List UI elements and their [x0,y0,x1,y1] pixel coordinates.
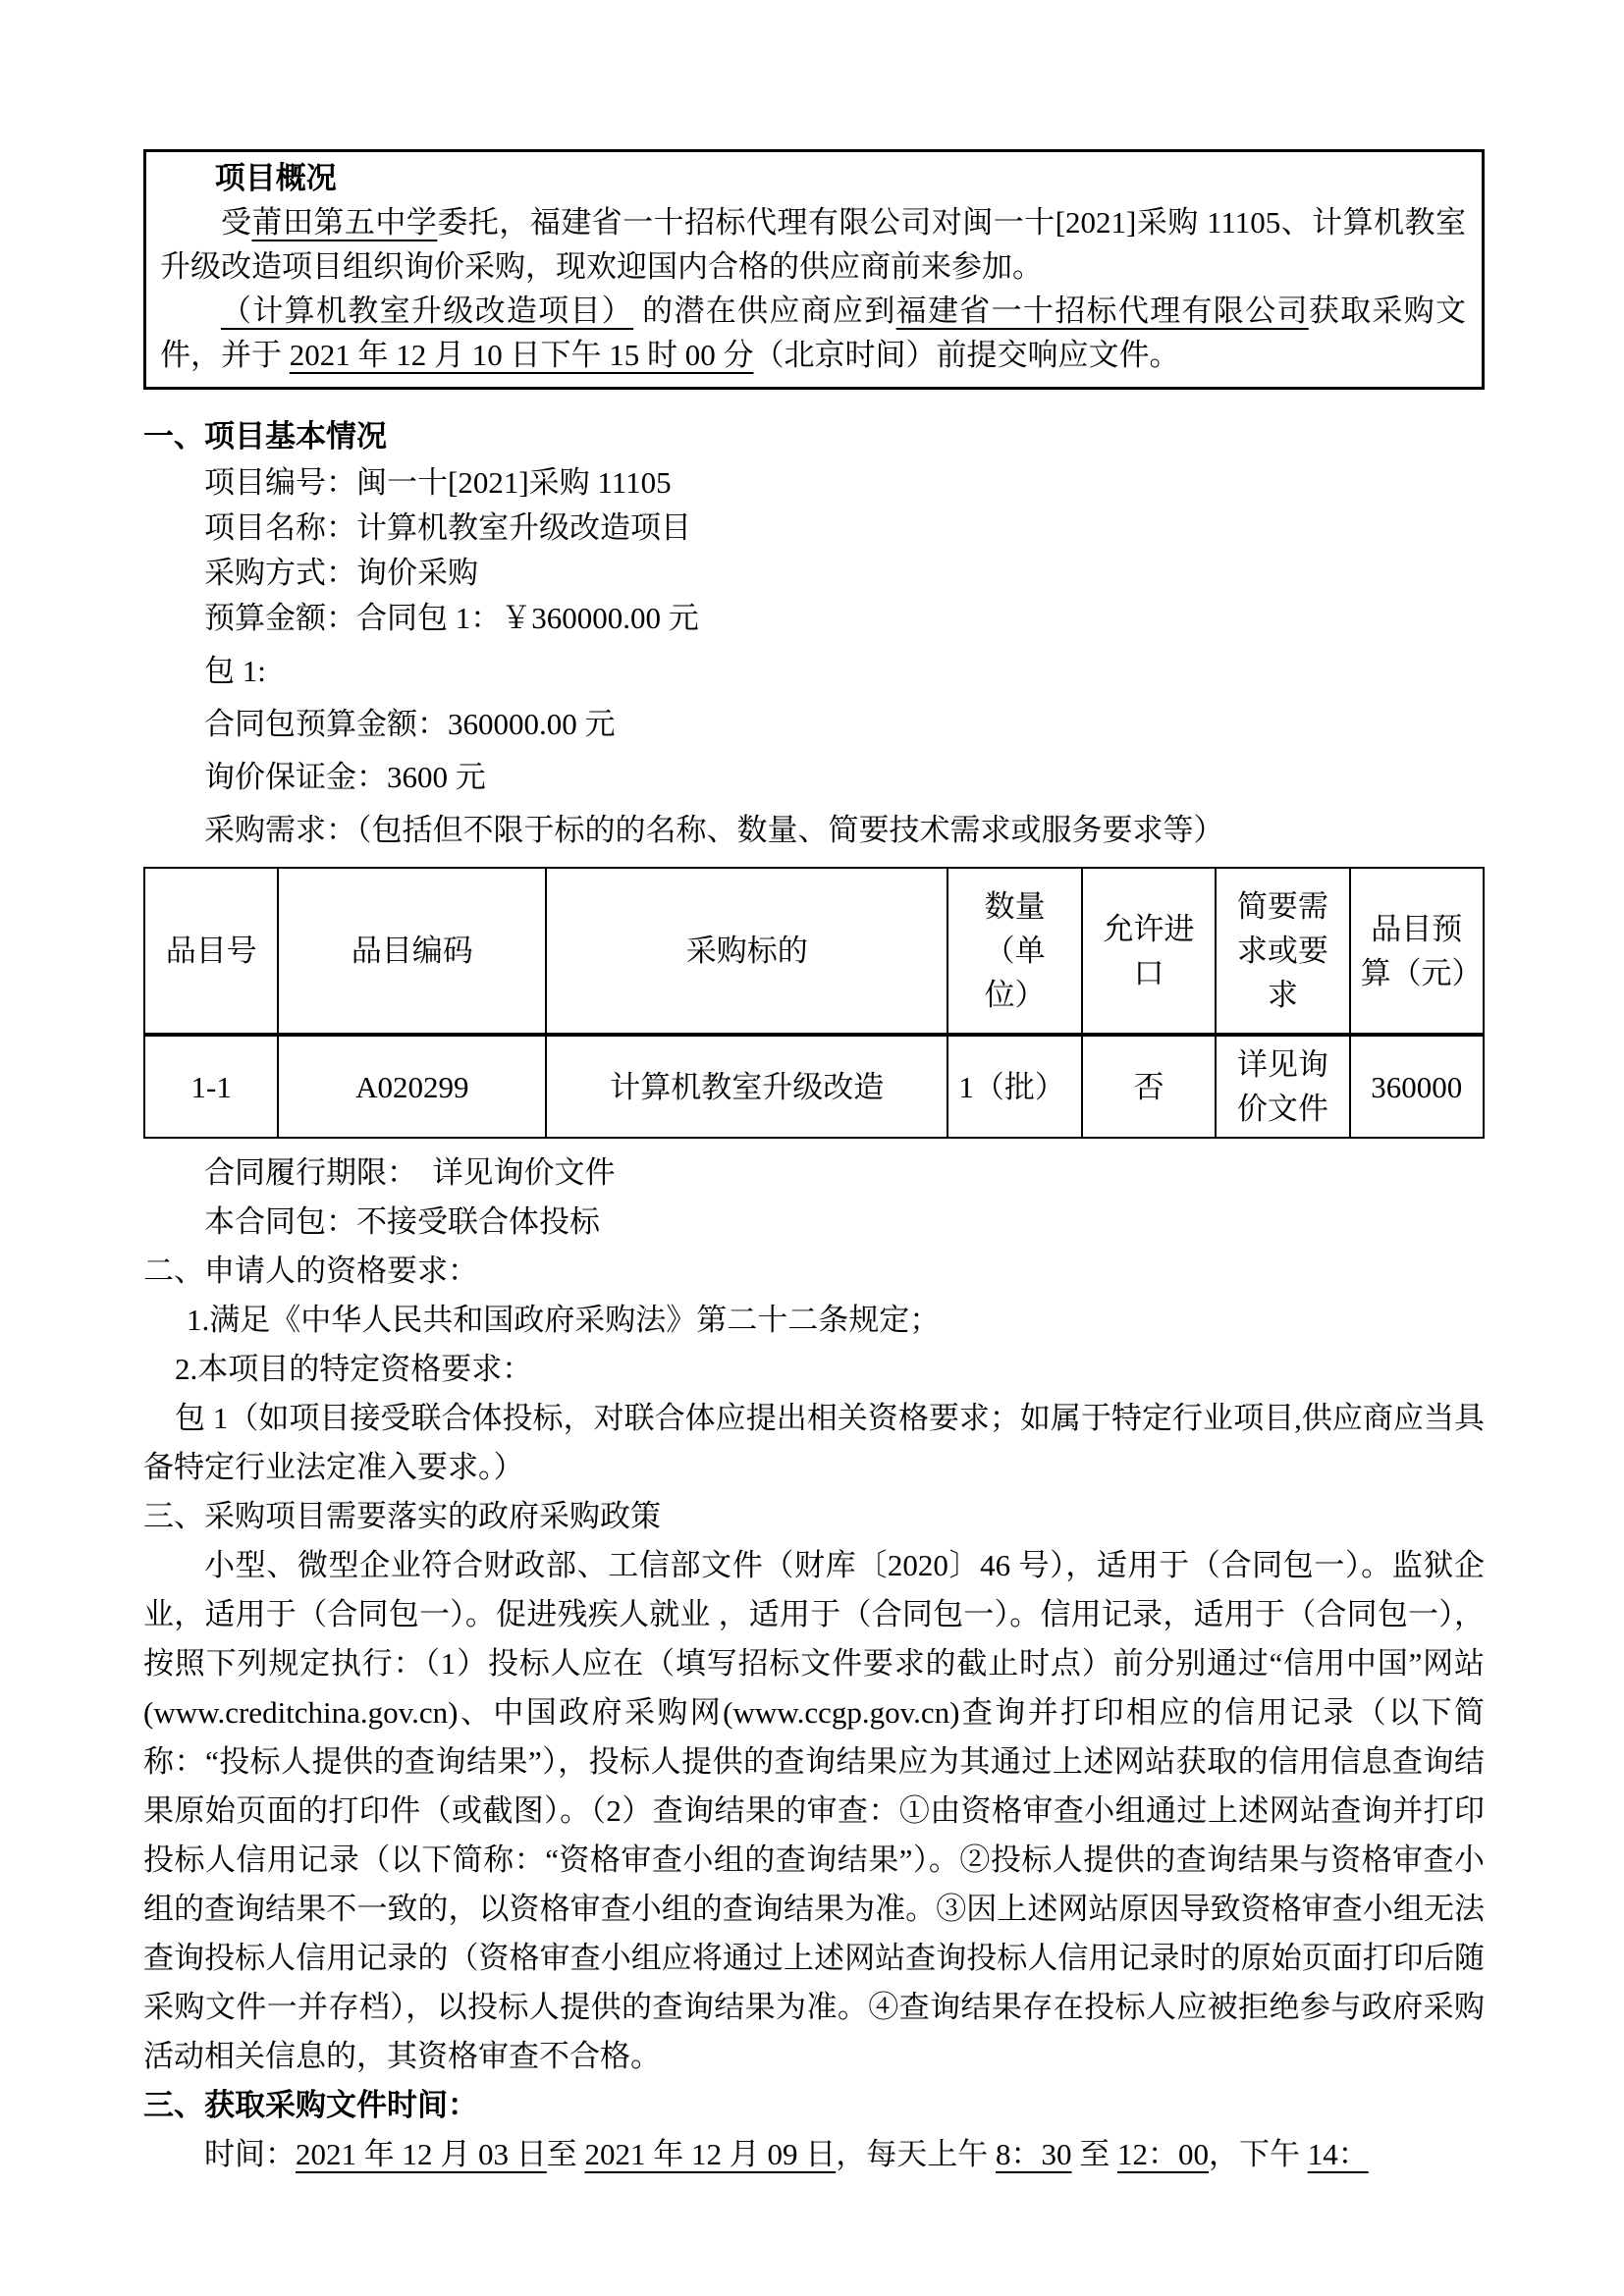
table-header-cell: 允许进 口 [1082,868,1216,1035]
underlined-text: 8：30 [996,2137,1072,2171]
table-header-cell: 采购标的 [546,868,947,1035]
table-body: 1-1A020299计算机教室升级改造1（批）否详见询 价文件360000 [144,1035,1484,1138]
table-cell: 1（批） [947,1035,1081,1138]
qualification-item-3: 包 1（如项目接受联合体投标，对联合体应提出相关资格要求；如属于特定行业项目,供… [143,1394,1485,1492]
qualification-item-2: 2.本项目的特定资格要求： [175,1345,1485,1394]
section-policy-heading: 三、采购项目需要落实的政府采购政策 [143,1492,1485,1541]
table-header-row: 品目号品目编码采购标的数量（单 位）允许进 口简要需 求或要 求品目预 算（元） [144,868,1484,1035]
info-line: 项目名称：计算机教室升级改造项目 [204,506,1485,551]
info-line: 采购需求：（包括但不限于标的的名称、数量、简要技术需求或服务要求等） [204,808,1485,853]
underlined-text: 12：00 [1117,2137,1209,2171]
table-cell: A020299 [278,1035,546,1138]
underlined-text: 福建省一十招标代理有限公司 [896,294,1309,328]
text-run: （北京时间）前提交响应文件。 [754,338,1180,372]
section-obtain-docs-heading: 三、获取采购文件时间： [143,2081,1485,2130]
text-run: 时间： [204,2137,296,2171]
joint-bid-line: 本合同包：不接受联合体投标 [204,1198,1485,1247]
text-run: ，每天上午 [836,2137,996,2171]
info-line: 询价保证金：3600 元 [204,755,1485,800]
table-header-cell: 品目号 [144,868,278,1035]
table-header-cell: 简要需 求或要 求 [1216,868,1349,1035]
overview-paragraph-2: （计算机教室升级改造项目） 的潜在供应商应到福建省一十招标代理有限公司获取采购文… [160,289,1466,377]
table-cell: 1-1 [144,1035,278,1138]
table-header-cell: 品目预 算（元） [1350,868,1484,1035]
info-line: 合同包预算金额：360000.00 元 [204,702,1485,747]
text-run: ，下午 [1209,2137,1308,2171]
overview-title: 项目概况 [160,156,1466,200]
project-overview-box: 项目概况 受莆田第五中学委托，福建省一十招标代理有限公司对闽一十[2021]采购… [143,149,1485,390]
table-cell: 计算机教室升级改造 [546,1035,947,1138]
policy-paragraph: 小型、微型企业符合财政部、工信部文件（财库〔2020〕46 号），适用于（合同包… [143,1541,1485,2081]
section-basic-info-heading: 一、项目基本情况 [143,413,1485,460]
text-run: 至 [1072,2137,1118,2171]
table-header-cell: 品目编码 [278,868,546,1035]
basic-info-lines: 项目编号：闽一十[2021]采购 11105项目名称：计算机教室升级改造项目采购… [143,460,1485,641]
info-line: 包 1: [204,649,1485,694]
info-line: 采购方式：询价采购 [204,551,1485,596]
procurement-items-table: 品目号品目编码采购标的数量（单 位）允许进 口简要需 求或要 求品目预 算（元）… [143,867,1485,1139]
table-cell: 详见询 价文件 [1216,1035,1349,1138]
text-run: 受 [221,205,251,240]
underlined-text: 2021 年 12 月 03 日 [296,2137,547,2171]
table-row: 1-1A020299计算机教室升级改造1（批）否详见询 价文件360000 [144,1035,1484,1138]
info-line: 项目编号：闽一十[2021]采购 11105 [204,460,1485,506]
underlined-text: 2021 年 12 月 10 日下午 15 时 00 分 [290,338,754,372]
table-cell: 360000 [1350,1035,1484,1138]
underlined-text: 2021 年 12 月 09 日 [585,2137,837,2171]
section-qualification-heading: 二、申请人的资格要求： [143,1247,1485,1296]
underlined-text: （计算机教室升级改造项目） [221,294,633,328]
text-run: 至 [547,2137,585,2171]
info-line: 预算金额：合同包 1：￥360000.00 元 [204,596,1485,641]
qualification-item-1: 1.满足《中华人民共和国政府采购法》第二十二条规定； [187,1296,1485,1345]
overview-paragraph-1: 受莆田第五中学委托，福建省一十招标代理有限公司对闽一十[2021]采购 1110… [160,200,1466,289]
text-run: 的潜在供应商应到 [633,294,896,328]
table-header-cell: 数量（单 位） [947,868,1081,1035]
contract-period-line: 合同履行期限： 详见询价文件 [204,1148,1485,1198]
table-cell: 否 [1082,1035,1216,1138]
obtain-time-line: 时间：2021 年 12 月 03 日至 2021 年 12 月 09 日，每天… [204,2130,1485,2179]
package-info-lines: 包 1:合同包预算金额：360000.00 元询价保证金：3600 元采购需求：… [143,649,1485,853]
underlined-text: 莆田第五中学 [251,205,437,240]
document-page: 项目概况 受莆田第五中学委托，福建省一十招标代理有限公司对闽一十[2021]采购… [0,0,1624,2179]
underlined-text: 14： [1308,2137,1369,2171]
